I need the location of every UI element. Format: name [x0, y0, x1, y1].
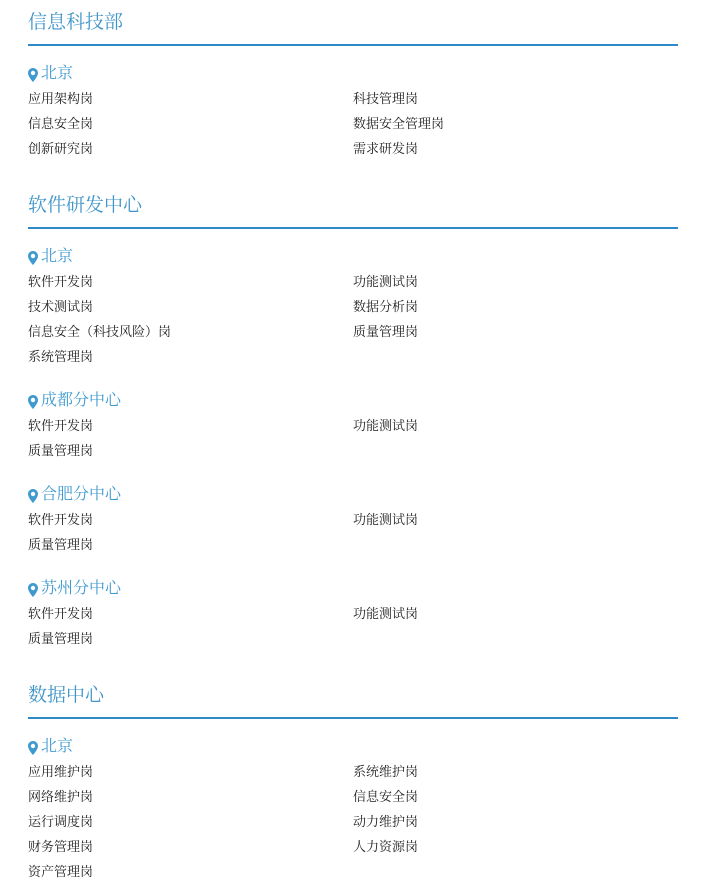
position-item[interactable]: 科技管理岗 [353, 87, 678, 112]
position-item[interactable]: 系统维护岗 [353, 760, 678, 785]
position-list: 应用架构岗科技管理岗信息安全岗数据安全管理岗创新研究岗需求研发岗 [28, 87, 678, 162]
position-item[interactable]: 软件开发岗 [28, 414, 353, 439]
location-heading: 苏州分中心 [28, 577, 678, 599]
map-pin-icon [28, 487, 38, 501]
position-item[interactable]: 创新研究岗 [28, 137, 353, 162]
department-section: 数据中心北京应用维护岗系统维护岗网络维护岗信息安全岗运行调度岗动力维护岗财务管理… [28, 673, 678, 885]
position-item[interactable]: 网络维护岗 [28, 785, 353, 810]
position-item[interactable]: 软件开发岗 [28, 508, 353, 533]
map-pin-icon [28, 249, 38, 263]
section-divider [28, 717, 678, 719]
department-section: 软件研发中心北京软件开发岗功能测试岗技术测试岗数据分析岗信息安全（科技风险）岗质… [28, 183, 678, 652]
location-name: 成都分中心 [41, 389, 121, 411]
position-item[interactable]: 信息安全岗 [28, 112, 353, 137]
location-name: 合肥分中心 [41, 483, 121, 505]
location-name: 北京 [41, 735, 73, 757]
map-pin-icon [28, 393, 38, 407]
map-pin-icon [28, 66, 38, 80]
location-heading: 北京 [28, 245, 678, 267]
location-heading: 成都分中心 [28, 389, 678, 411]
position-item[interactable]: 运行调度岗 [28, 810, 353, 835]
position-item[interactable]: 数据分析岗 [353, 295, 678, 320]
position-item[interactable]: 功能测试岗 [353, 414, 678, 439]
position-list: 应用维护岗系统维护岗网络维护岗信息安全岗运行调度岗动力维护岗财务管理岗人力资源岗… [28, 760, 678, 885]
location-name: 北京 [41, 62, 73, 84]
department-title: 软件研发中心 [28, 193, 678, 217]
position-list: 软件开发岗功能测试岗技术测试岗数据分析岗信息安全（科技风险）岗质量管理岗系统管理… [28, 270, 678, 370]
section-divider [28, 227, 678, 229]
position-item[interactable]: 质量管理岗 [28, 533, 353, 558]
position-item[interactable]: 人力资源岗 [353, 835, 678, 860]
position-item[interactable]: 软件开发岗 [28, 270, 353, 295]
map-pin-icon [28, 581, 38, 595]
position-list: 软件开发岗功能测试岗质量管理岗 [28, 508, 678, 558]
location-name: 苏州分中心 [41, 577, 121, 599]
position-item[interactable]: 功能测试岗 [353, 270, 678, 295]
map-pin-icon [28, 739, 38, 753]
location-name: 北京 [41, 245, 73, 267]
position-item[interactable]: 需求研发岗 [353, 137, 678, 162]
position-item[interactable]: 资产管理岗 [28, 860, 353, 885]
department-title: 数据中心 [28, 683, 678, 707]
position-item[interactable]: 数据安全管理岗 [353, 112, 678, 137]
position-item[interactable]: 财务管理岗 [28, 835, 353, 860]
department-title: 信息科技部 [28, 10, 678, 34]
location-heading: 北京 [28, 735, 678, 757]
position-item[interactable]: 应用架构岗 [28, 87, 353, 112]
position-item[interactable]: 功能测试岗 [353, 602, 678, 627]
position-item[interactable]: 应用维护岗 [28, 760, 353, 785]
section-divider [28, 44, 678, 46]
position-item[interactable]: 信息安全岗 [353, 785, 678, 810]
position-item[interactable]: 动力维护岗 [353, 810, 678, 835]
position-list: 软件开发岗功能测试岗质量管理岗 [28, 414, 678, 464]
position-list: 软件开发岗功能测试岗质量管理岗 [28, 602, 678, 652]
position-item[interactable]: 信息安全（科技风险）岗 [28, 320, 353, 345]
department-section: 信息科技部北京应用架构岗科技管理岗信息安全岗数据安全管理岗创新研究岗需求研发岗 [28, 0, 678, 162]
position-item[interactable]: 功能测试岗 [353, 508, 678, 533]
location-heading: 北京 [28, 62, 678, 84]
position-item[interactable]: 质量管理岗 [28, 439, 353, 464]
position-item[interactable]: 软件开发岗 [28, 602, 353, 627]
position-item[interactable]: 质量管理岗 [353, 320, 678, 345]
position-item[interactable]: 系统管理岗 [28, 345, 353, 370]
position-item[interactable]: 技术测试岗 [28, 295, 353, 320]
position-item[interactable]: 质量管理岗 [28, 627, 353, 652]
location-heading: 合肥分中心 [28, 483, 678, 505]
